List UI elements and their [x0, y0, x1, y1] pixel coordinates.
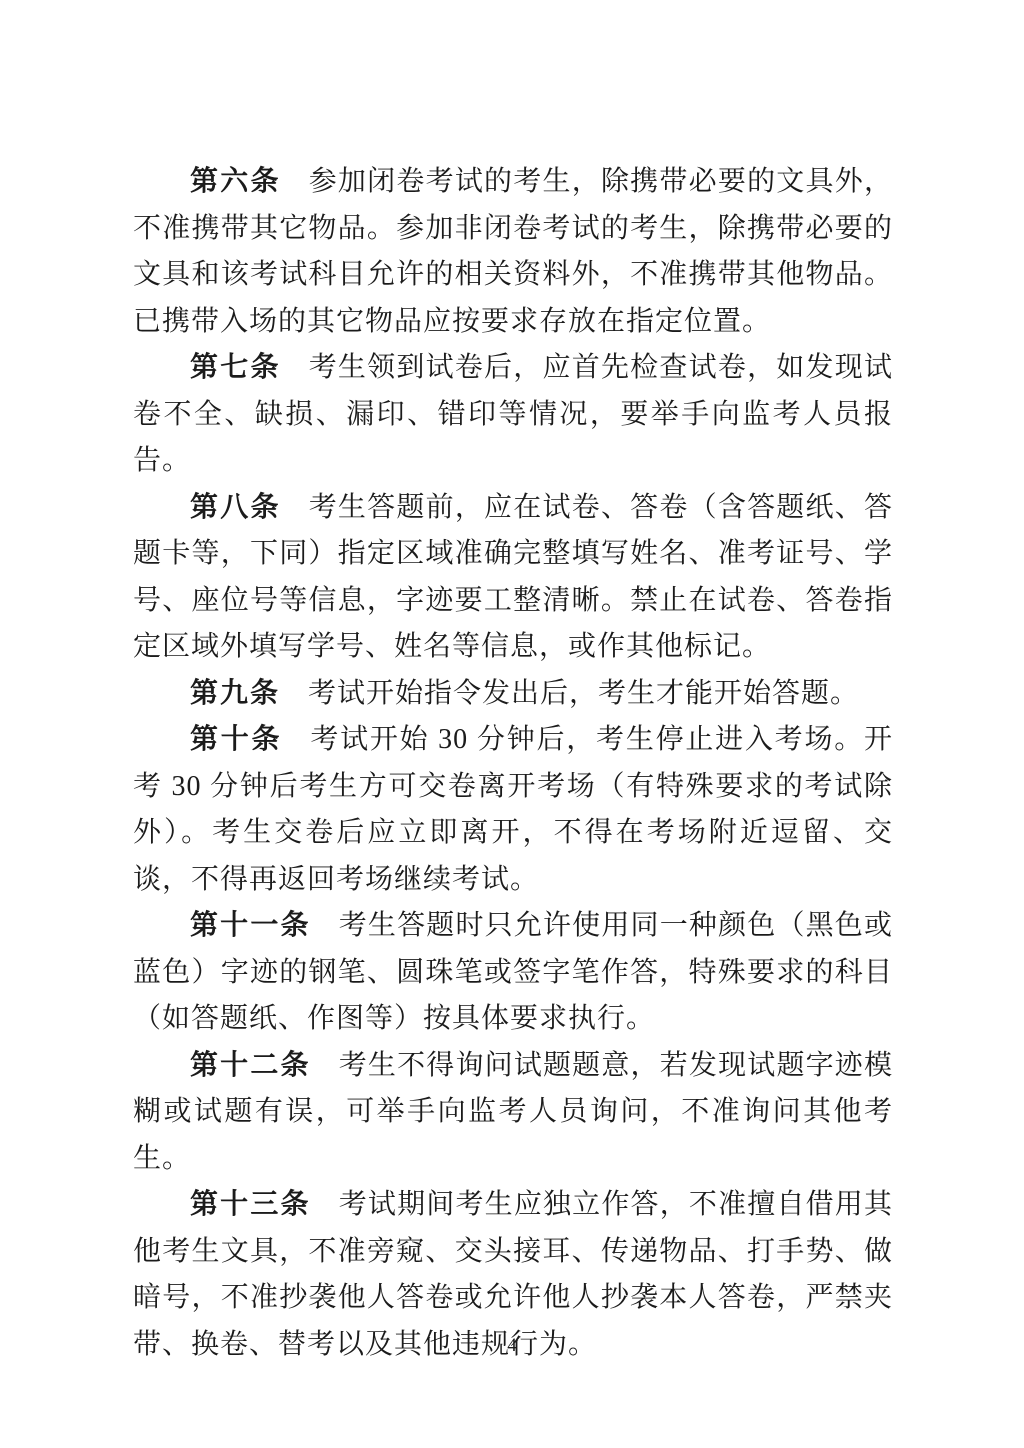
document-page: 第六条参加闭卷考试的考生，除携带必要的文具外，不准携带其它物品。参加非闭卷考试的…: [0, 0, 1024, 1448]
article-paragraph: 第十一条考生答题时只允许使用同一种颜色（黑色或蓝色）字迹的钢笔、圆珠笔或签字笔作…: [133, 903, 893, 1043]
article-paragraph: 第十条考试开始 30 分钟后，考生停止进入考场。开考 30 分钟后考生方可交卷离…: [133, 717, 893, 903]
article-paragraph: 第七条考生领到试卷后，应首先检查试卷，如发现试卷不全、缺损、漏印、错印等情况，要…: [133, 345, 893, 485]
article-paragraph: 第八条考生答题前，应在试卷、答卷（含答题纸、答题卡等，下同）指定区域准确完整填写…: [133, 485, 893, 671]
article-text: 考试开始指令发出后，考生才能开始答题。: [308, 678, 859, 709]
article-number: 第七条: [190, 352, 281, 383]
document-body: 第六条参加闭卷考试的考生，除携带必要的文具外，不准携带其它物品。参加非闭卷考试的…: [133, 159, 893, 1368]
article-number: 第十三条: [190, 1189, 311, 1220]
page-number: 4: [0, 1334, 1024, 1358]
article-paragraph: 第六条参加闭卷考试的考生，除携带必要的文具外，不准携带其它物品。参加非闭卷考试的…: [133, 159, 893, 345]
article-paragraph: 第九条考试开始指令发出后，考生才能开始答题。: [133, 671, 893, 718]
article-number: 第十一条: [190, 910, 311, 941]
article-number: 第九条: [190, 678, 280, 709]
article-number: 第十条: [190, 724, 282, 755]
article-paragraph: 第十二条考生不得询问试题题意，若发现试题字迹模糊或试题有误，可举手向监考人员询问…: [133, 1043, 893, 1183]
article-number: 第八条: [190, 492, 281, 523]
article-number: 第十二条: [190, 1050, 311, 1081]
article-number: 第六条: [190, 166, 281, 197]
